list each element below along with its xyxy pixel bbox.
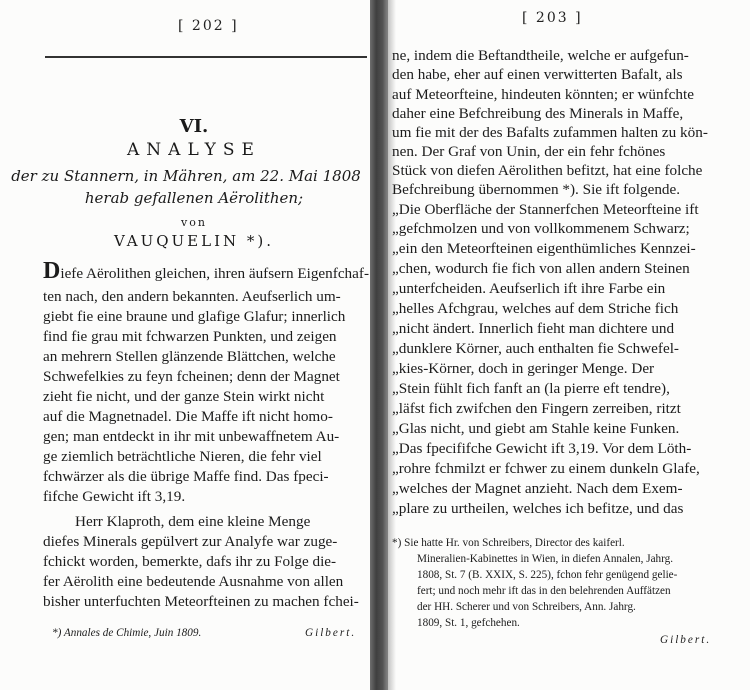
body-line: „chen, wodurch fie fich von allen andern…	[392, 260, 690, 278]
footnote-signature: Gilbert.	[660, 634, 711, 646]
body-line: „Das fpecififche Gewicht ift 3,19. Vor d…	[392, 440, 691, 458]
body-line: „Glas nicht, und giebt am Stahle keine F…	[392, 420, 679, 438]
paragraph2-line: fchickt worden, bemerkte, dafs ihr zu Fo…	[43, 553, 336, 571]
footnote-line: 1808, St. 7 (B. XXIX, S. 225), fchon feh…	[417, 569, 677, 581]
paragraph1-line: fifche Gewicht ift 3,19.	[43, 488, 185, 506]
paragraph1-line: fchwärzer als die übrige Maffe find. Das…	[43, 468, 329, 486]
body-line: „ein den Meteorfteinen eigenthümliches K…	[392, 240, 696, 258]
body-line: auf Meteorfteine, hindeuten könnten; er …	[392, 86, 694, 104]
body-line: „plare zu urtheilen, welches ich befitze…	[392, 500, 683, 518]
paragraph1-line: ge ziemlich beträchtliche Nieren, die fe…	[43, 448, 322, 466]
body-line: „unterfcheiden. Aeufserlich ift ihre Far…	[392, 280, 665, 298]
paragraph1-line: find fie grau mit fchwarzen Punkten, und…	[43, 328, 337, 346]
article-subtitle-line1: der zu Stannern, in Mähren, am 22. Mai 1…	[0, 167, 372, 185]
paragraph1-line: gen; man entdeckt in ihr mit unbewaffnet…	[43, 428, 339, 446]
body-line: „läfst fich zwifchen den Fingern zerreib…	[392, 400, 681, 418]
body-line: „kies-Körner, doch in geringer Menge. De…	[392, 360, 654, 378]
paragraph1-line: an mehrern Stellen glänzende Blättchen, …	[43, 348, 336, 366]
body-line: „nicht ändert. Innerlich fieht man dicht…	[392, 320, 674, 338]
right-page-number: [ 203 ]	[522, 10, 583, 26]
left-page-number: [ 202 ]	[178, 18, 239, 34]
paragraph2-line: fer Aërolith eine bedeutende Ausnahme vo…	[43, 573, 343, 591]
byline-von: von	[8, 216, 380, 229]
footnote-signature: Gilbert.	[305, 627, 356, 639]
footnote-line: fert; und noch mehr ift das in den beleh…	[417, 585, 671, 597]
body-line: um fie mit der des Bafalts zufammen halt…	[392, 124, 708, 142]
paragraph1-line: Schwefelkies zu feyn fcheinen; denn der …	[43, 368, 340, 386]
footnote-line: der HH. Scherer und von Schreibers, Ann.…	[417, 601, 636, 613]
footnote-line: 1809, St. 1, gefchehen.	[417, 617, 520, 629]
footnote: *) Annales de Chimie, Juin 1809.	[52, 627, 201, 639]
body-line: „Stein fühlt fich fanft an (la pierre ef…	[392, 380, 670, 398]
paragraph1-line: Diefe Aërolithen gleichen, ihren äufsern…	[43, 258, 369, 285]
footnote-line: *) Sie hatte Hr. von Schreibers, Directo…	[392, 537, 625, 549]
drop-cap: D	[43, 258, 60, 284]
body-line: daher eine Befchreibung des Minerals in …	[392, 105, 683, 123]
body-line: Befchreibung übernommen *). Sie ift folg…	[392, 181, 680, 199]
footnote-line: Mineralien-Kabinettes in Wien, in diefen…	[417, 553, 673, 565]
paragraph2-line: diefes Minerals gepülvert zur Analyfe wa…	[43, 533, 337, 551]
body-line: „Die Oberfläche der Stannerfchen Meteorf…	[392, 201, 699, 219]
paragraph1-line: ten nach, den andern bekannten. Aeufserl…	[43, 288, 341, 306]
header-rule	[45, 56, 367, 58]
body-line: „helles Afchgrau, welches auf dem Strich…	[392, 300, 678, 318]
author-name: VAUQUELIN *).	[8, 232, 380, 250]
paragraph1-line: auf die Magnetnadel. Die Maffe ift nicht…	[43, 408, 333, 426]
body-line: nen. Der Graf von Unin, der ein fehr fch…	[392, 143, 665, 161]
paragraph1-line: zieht fie nicht, und der ganze Stein wir…	[43, 388, 324, 406]
body-line: ne, indem die Beftandtheile, welche er a…	[392, 47, 689, 65]
paragraph1-line: giebt fie eine braune und glafige Glafur…	[43, 308, 345, 326]
article-title: ANALYSE	[8, 140, 380, 160]
body-line: „rohre fchmilzt er fchwer zu einem dunke…	[392, 460, 700, 478]
body-line: „gefchmolzen und von vollkommenem Schwar…	[392, 220, 690, 238]
body-line: Stück von diefen Aërolithen befitzt, hat…	[392, 162, 702, 180]
paragraph2-line: Herr Klaproth, dem eine kleine Menge	[75, 513, 310, 531]
article-subtitle-line2: herab gefallenen Aërolithen;	[8, 189, 380, 207]
paragraph2-line: bisher unterfuchten Meteorfteinen zu mac…	[43, 593, 359, 611]
body-line: „dunklere Körner, auch enthalten fie Sch…	[392, 340, 679, 358]
body-line: „welches der Magnet anzieht. Nach dem Ex…	[392, 480, 683, 498]
body-line: den habe, eher auf einen verwitterten Ba…	[392, 66, 683, 84]
section-number: VI.	[8, 116, 380, 137]
